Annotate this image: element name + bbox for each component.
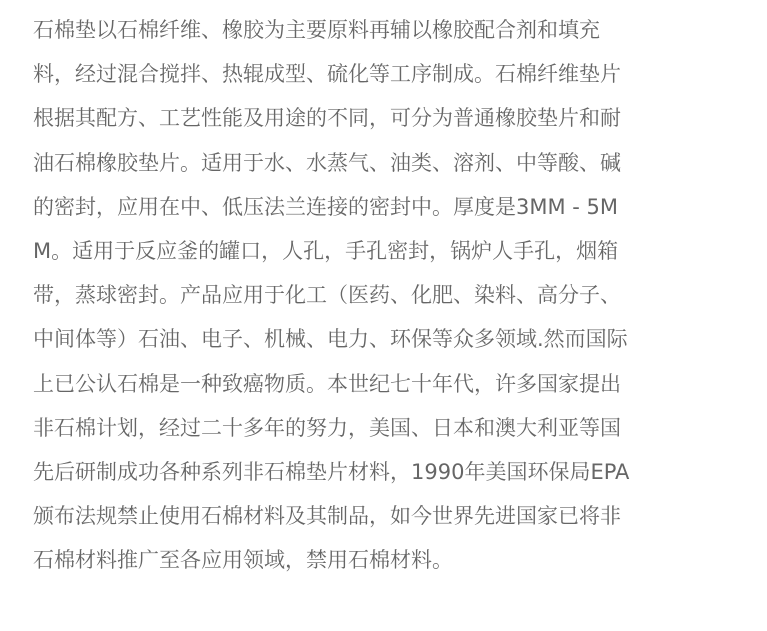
paragraph-line: 先后研制成功各种系列非石棉垫片材料，1990年美国环保局EPA [33,450,753,494]
paragraph-line: 上已公认石棉是一种致癌物质。本世纪七十年代，许多国家提出 [33,362,753,406]
paragraph-line: 石棉垫以石棉纤维、橡胶为主要原料再辅以橡胶配合剂和填充 [33,8,753,52]
paragraph-line: 非石棉计划，经过二十多年的努力，美国、日本和澳大利亚等国 [33,406,753,450]
paragraph-line: 石棉材料推广至各应用领域，禁用石棉材料。 [33,538,753,582]
paragraph-line: 带，蒸球密封。产品应用于化工（医药、化肥、染料、高分子、 [33,273,753,317]
article-body: 石棉垫以石棉纤维、橡胶为主要原料再辅以橡胶配合剂和填充 料，经过混合搅拌、热辊成… [33,8,753,582]
paragraph-line: 的密封，应用在中、低压法兰连接的密封中。厚度是3MM - 5M [33,185,753,229]
paragraph-line: M。适用于反应釜的罐口，人孔，手孔密封，锅炉人手孔，烟箱 [33,229,753,273]
paragraph-line: 根据其配方、工艺性能及用途的不同，可分为普通橡胶垫片和耐 [33,96,753,140]
paragraph-line: 中间体等）石油、电子、机械、电力、环保等众多领域.然而国际 [33,317,753,361]
paragraph-line: 颁布法规禁止使用石棉材料及其制品，如今世界先进国家已将非 [33,494,753,538]
paragraph-line: 料，经过混合搅拌、热辊成型、硫化等工序制成。石棉纤维垫片 [33,52,753,96]
paragraph-line: 油石棉橡胶垫片。适用于水、水蒸气、油类、溶剂、中等酸、碱 [33,141,753,185]
